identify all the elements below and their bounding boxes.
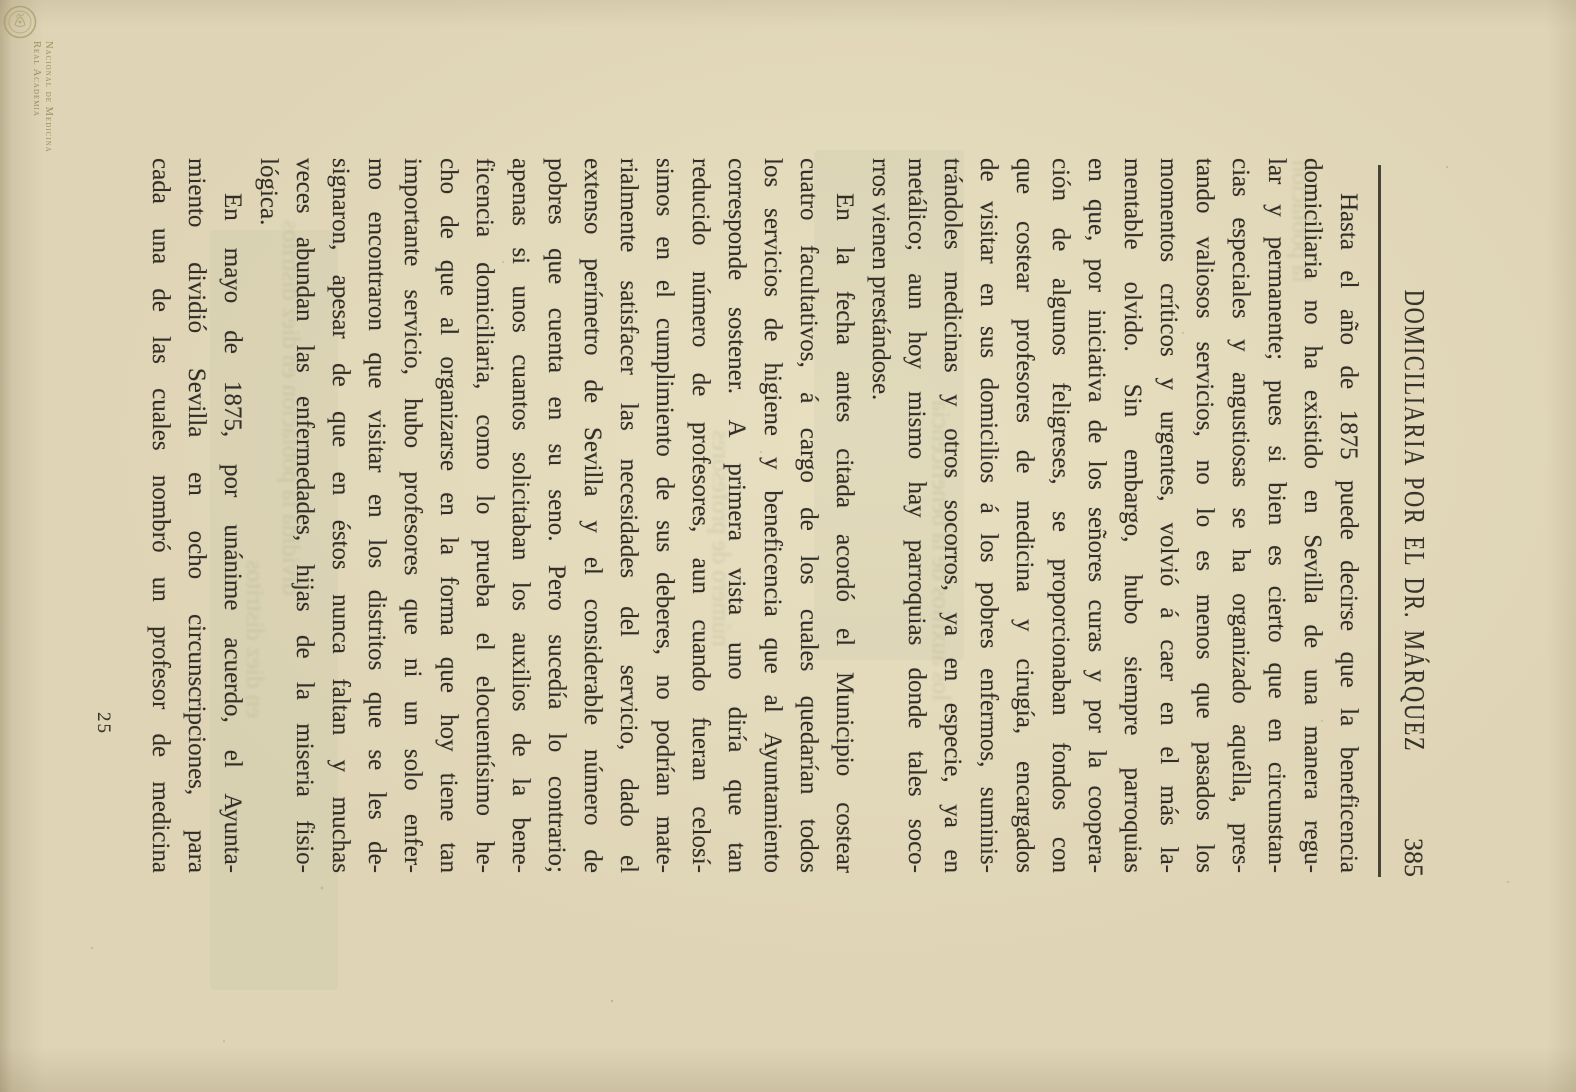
text-line: lógica. xyxy=(250,158,286,873)
text-line: que costear profesores de medicina y cir… xyxy=(1006,158,1042,873)
text-line: metálico; aun hoy mismo hay parroquias d… xyxy=(898,158,934,873)
scanned-book-page: dividida la población en diez distritose… xyxy=(0,0,1576,1092)
text-line: mo encontraron que visitar en los distri… xyxy=(358,158,394,873)
text-line: miento dividió Sevilla en ocho circunscr… xyxy=(178,158,214,873)
text-line: lar y permanente; pues si bien es cierto… xyxy=(1258,158,1294,873)
watermark-line-1: Real Academia xyxy=(30,41,42,191)
text-line: signaron, apesar de que en éstos nunca f… xyxy=(322,158,358,873)
text-line: apenas si unos cuantos solicitaban los a… xyxy=(502,158,538,873)
text-line: veces abundan las enfermedades, hijas de… xyxy=(286,158,322,873)
signature-number: 25 xyxy=(92,712,114,735)
text-line: domiciliaria no ha existido en Sevilla d… xyxy=(1294,158,1330,873)
text-line: rros vienen prestándose. xyxy=(862,158,898,873)
academy-seal-icon xyxy=(3,5,37,39)
text-line: en que, por iniciativa de los señores cu… xyxy=(1078,158,1114,873)
page-number: 385 xyxy=(1398,838,1428,877)
text-line: extenso perímetro de Sevilla y el consid… xyxy=(574,158,610,873)
running-head-title: DOMICILIARIA POR EL DR. MÁRQUEZ xyxy=(1397,290,1429,752)
text-line: En mayo de 1875, por unánime acuerdo, el… xyxy=(214,158,250,873)
text-line: corresponde sostener. A primera vista un… xyxy=(718,158,754,873)
text-line: cias especiales y angustiosas se ha orga… xyxy=(1222,158,1258,873)
page-sheet: dividida la población en diez distritose… xyxy=(0,0,1576,1092)
text-line: Hasta el año de 1875 puede decirse que l… xyxy=(1330,158,1366,873)
text-line: los servicios de higiene y beneficencia … xyxy=(754,158,790,873)
running-head: DOMICILIARIA POR EL DR. MÁRQUEZ 385 xyxy=(1389,165,1429,877)
text-line: momentos críticos y urgentes, volvió á c… xyxy=(1150,158,1186,873)
text-line: ción de algunos feligreses, se proporcio… xyxy=(1042,158,1078,873)
text-line: cuatro facultativos, á cargo de los cual… xyxy=(790,158,826,873)
text-line: trándoles medicinas y otros socorros, ya… xyxy=(934,158,970,873)
text-line: tando valiosos servicios, no lo es menos… xyxy=(1186,158,1222,873)
text-line: cada una de las cuales nombró un profeso… xyxy=(142,158,178,873)
text-line: de visitar en sus domicilios á los pobre… xyxy=(970,158,1006,873)
header-rule xyxy=(1379,165,1382,877)
text-line: pobres que cuenta en su seno. Pero suced… xyxy=(538,158,574,873)
text-line: En la fecha antes citada acordó el Munic… xyxy=(826,158,862,873)
text-line: mentable olvido. Sin embargo, hubo siemp… xyxy=(1114,158,1150,873)
text-line: importante servicio, hubo profesores que… xyxy=(394,158,430,873)
text-line: simos en el cumplimiento de sus deberes,… xyxy=(646,158,682,873)
watermark-line-2: Nacional de Medicina xyxy=(42,41,54,191)
watermark-text: Real Academia Nacional de Medicina xyxy=(30,41,54,191)
text-line: ficencia domiciliaria, como lo prueba el… xyxy=(466,158,502,873)
text-line: cho de que al organizarse en la forma qu… xyxy=(430,158,466,873)
text-line: reducido número de profesores, aun cuand… xyxy=(682,158,718,873)
library-watermark: Real Academia Nacional de Medicina xyxy=(0,0,64,200)
text-line: rialmente satisfacer las necesidades del… xyxy=(610,158,646,873)
text-block: Hasta el año de 1875 puede decirse que l… xyxy=(142,158,1366,873)
